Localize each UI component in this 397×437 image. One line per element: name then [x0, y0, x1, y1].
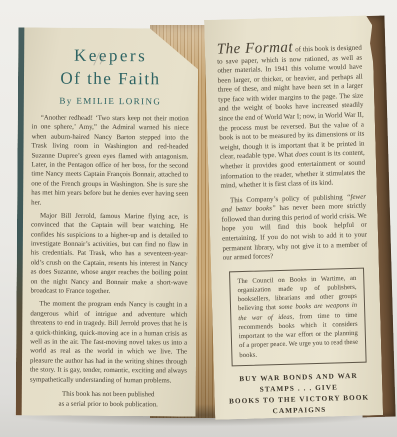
policy-paragraph: This Company’s policy of publishing “few…	[221, 192, 368, 263]
format-text-italic: does	[295, 151, 308, 159]
war-bonds-slogan: BUY WAR BONDS AND WAR STAMPS . . . GIVE …	[226, 370, 372, 419]
council-on-books-box: The Council on Books in Wartime, an orga…	[229, 267, 367, 366]
blurb-paragraph-1: “Another redhead! ‘Two stars keep not th…	[31, 113, 189, 208]
flap-blurb: “Another redhead! ‘Two stars keep not th…	[30, 113, 189, 385]
back-flap: The Formatof this book is designed to sa…	[204, 15, 383, 420]
title-line-2: Of the Faith	[32, 68, 189, 89]
blurb-paragraph-3: The moment the program ends Nancy is cau…	[30, 300, 188, 386]
serial-note-line-2: as a serial prior to book publication.	[30, 399, 187, 410]
front-flap: Keepers Of the Faith By EMILIE LORING “A…	[16, 27, 199, 416]
format-text-pre: of this book is designed to save paper, …	[217, 44, 365, 161]
jacket-fold-strip	[16, 27, 25, 415]
author-byline: By EMILIE LORING	[32, 95, 189, 106]
blurb-paragraph-2: Major Bill Jerrold, famous Marine flying…	[30, 211, 188, 297]
pencil-marks	[90, 52, 114, 68]
format-paragraph: The Formatof this book is designed to sa…	[217, 40, 366, 192]
book-jacket-photo: Keepers Of the Faith By EMILIE LORING “A…	[0, 0, 397, 437]
serial-note: This book has not been published as a se…	[30, 389, 187, 409]
war-bonds-line-2: BOOKS TO THE VICTORY BOOK CAMPAIGNS	[227, 393, 373, 419]
